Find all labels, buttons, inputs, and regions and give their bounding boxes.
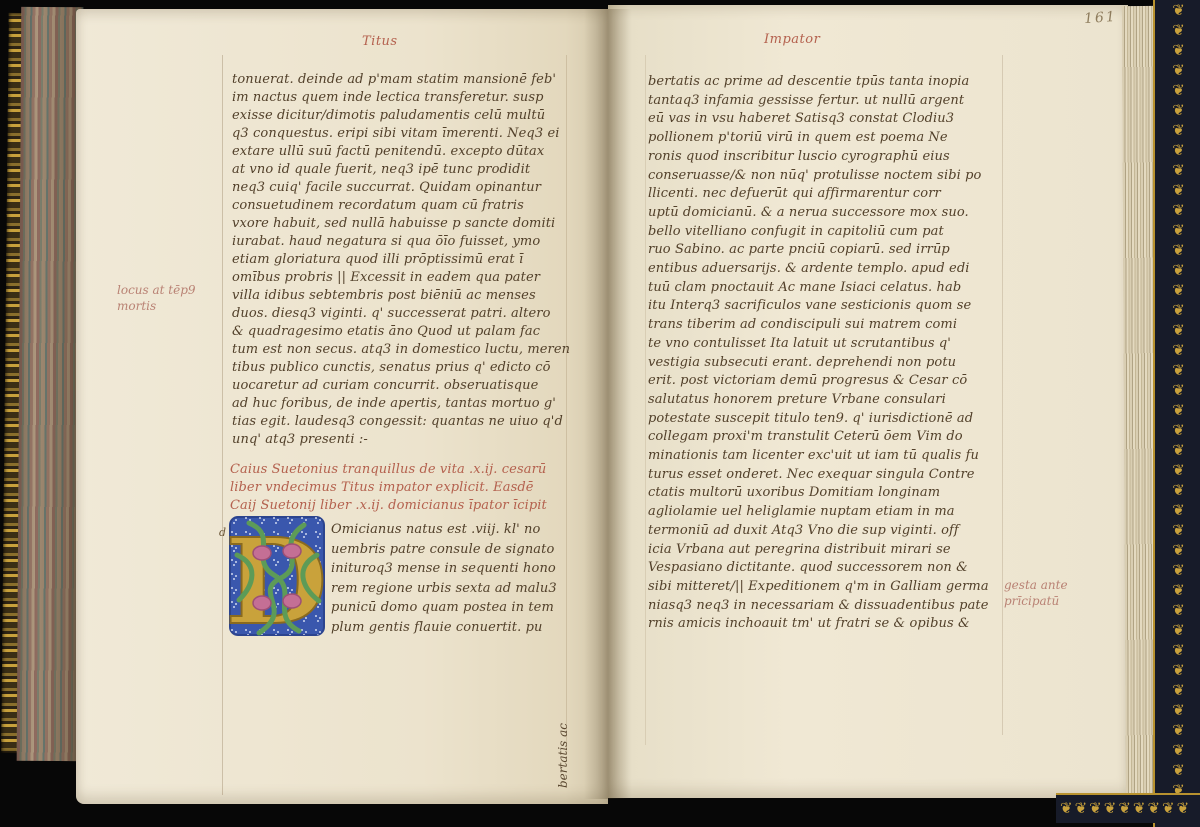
gilt-cover-border-bottom: ❦❦❦❦❦❦❦❦❦ (1056, 793, 1200, 823)
ornament-glyph: ❦ (1155, 160, 1200, 180)
right-main-text: bertatis ac prime ad descentie tpūs tant… (648, 73, 989, 634)
ornament-glyph: ❦ (1104, 799, 1119, 817)
text-line: mortis (117, 298, 196, 314)
text-line: Caij Suetonij liber .x.ij. domicianus īp… (230, 497, 547, 515)
ornament-glyph: ❦ (1155, 620, 1200, 640)
ruling-line (222, 55, 223, 795)
ornament-glyph: ❦ (1155, 360, 1200, 380)
running-header-right: Impator (764, 32, 820, 47)
ornament-glyph: ❦ (1155, 420, 1200, 440)
ruling-line (645, 55, 646, 745)
ornament-glyph: ❦ (1177, 799, 1192, 817)
text-line: neq3 cuiq' facile succurrat. Quidam opin… (232, 179, 570, 197)
text-line: icia Vrbana aut peregrina distribuit mir… (648, 541, 989, 560)
text-line: etiam gloriatura quod illi prōptissimū e… (232, 251, 570, 269)
ornament-glyph: ❦ (1155, 600, 1200, 620)
text-line: vxore habuit, sed nullā habuisse p sanct… (232, 215, 570, 233)
text-line: extare ullū suū factū penitendū. excepto… (232, 143, 570, 161)
text-line: llicenti. nec defuerūt qui affirmarentur… (648, 185, 989, 204)
ornament-glyph: ❦ (1155, 380, 1200, 400)
text-line: q3 conquestus. eripi sibi vitam īmerenti… (232, 125, 570, 143)
text-line: tibus publico cunctis, senatus prius q' … (232, 359, 570, 377)
ornament-glyph: ❦ (1155, 700, 1200, 720)
text-line: rem regione urbis sexta ad malu3 (331, 579, 557, 599)
text-line: gesta ante (1004, 577, 1068, 593)
ornament-glyph: ❦ (1155, 740, 1200, 760)
ornament-glyph: ❦ (1155, 0, 1200, 20)
text-line: duos. diesq3 viginti. q' successerat pat… (232, 305, 570, 323)
text-line: locus at tēp9 (117, 282, 196, 298)
ornament-glyph: ❦ (1155, 640, 1200, 660)
ornament-glyph: ❦ (1133, 799, 1148, 817)
text-line: vestigia subsecuti erant. deprehendi non… (648, 354, 989, 373)
left-main-text: tonuerat. deinde ad p'mam statim mansion… (232, 71, 570, 449)
text-line: tantaq3 infamia gessisse fertur. ut null… (648, 92, 989, 111)
ornament-glyph: ❦ (1155, 760, 1200, 780)
rubric-explicit-incipit: Caius Suetonius tranquillus de vita .x.i… (230, 461, 547, 515)
ornament-glyph: ❦ (1155, 100, 1200, 120)
ornament-glyph: ❦ (1060, 799, 1075, 817)
ornament-glyph: ❦ (1155, 680, 1200, 700)
text-line: plum gentis flauie conuertit. pu (331, 618, 557, 638)
text-line: bertatis ac prime ad descentie tpūs tant… (648, 73, 989, 92)
ornament-glyph: ❦ (1155, 400, 1200, 420)
gold-tooling-pattern: ❦❦❦❦❦❦❦❦❦ (1056, 795, 1200, 821)
text-line: conseruasse/& non nūq' protulisse noctem… (648, 167, 989, 186)
gilt-cover-border: ❦❦❦❦❦❦❦❦❦❦❦❦❦❦❦❦❦❦❦❦❦❦❦❦❦❦❦❦❦❦❦❦❦❦❦❦❦❦❦❦ (1153, 0, 1200, 827)
ornament-glyph: ❦ (1155, 140, 1200, 160)
text-line: tonuerat. deinde ad p'mam statim mansion… (232, 71, 570, 89)
text-line: unq' atq3 presenti :- (232, 431, 570, 449)
ornament-glyph: ❦ (1155, 180, 1200, 200)
photo-backdrop: { "book": { "folio_number": "161", "bord… (0, 0, 1200, 827)
text-line: inituroq3 mense in sequenti hono (331, 559, 557, 579)
text-line: uembris patre consule de signato (331, 540, 557, 560)
ornament-glyph: ❦ (1155, 520, 1200, 540)
ornament-glyph: ❦ (1155, 440, 1200, 460)
ornament-glyph: ❦ (1155, 500, 1200, 520)
ornament-glyph: ❦ (1155, 720, 1200, 740)
text-line: ctatis multorū uxoribus Domitiam longina… (648, 484, 989, 503)
text-line: agliolamie uel heliglamie nuptam etiam i… (648, 503, 989, 522)
text-line: termoniū ad duxit Atq3 Vno die sup vigin… (648, 522, 989, 541)
text-line: & quadragesimo etatis āno Quod ut palam … (232, 323, 570, 341)
text-line: at vno id quale fuerit, neq3 ipē tunc pr… (232, 161, 570, 179)
text-line: Omicianus natus est .viij. kl' no (331, 520, 557, 540)
text-line: minationis tam licenter exc'uit ut iam t… (648, 447, 989, 466)
text-line: sibi mitteret/|| Expeditionem q'm in Gal… (648, 578, 989, 597)
text-line: trans tiberim ad condiscipuli sui matrem… (648, 316, 989, 335)
text-line: tum est non secus. atq3 in domestico luc… (232, 341, 570, 359)
text-line: liber vndecimus Titus impator explicit. … (230, 479, 547, 497)
text-line: punicū domo quam postea in tem (331, 598, 557, 618)
ornament-glyph: ❦ (1155, 40, 1200, 60)
text-line: salutatus honorem preture Vrbane consula… (648, 391, 989, 410)
margin-note-left: locus at tēp9mortis (117, 282, 196, 314)
text-line: turus esset onderet. Nec exequar singula… (648, 466, 989, 485)
text-line: itu Interq3 sacrificulos vane sesticioni… (648, 297, 989, 316)
ornament-glyph: ❦ (1155, 260, 1200, 280)
gutter-shadow (584, 9, 632, 799)
text-line: iurabat. haud negatura si qua ōīo fuisse… (232, 233, 570, 251)
ornament-glyph: ❦ (1075, 799, 1090, 817)
ornament-glyph: ❦ (1155, 120, 1200, 140)
text-line: omībus probris || Excessit in eadem qua … (232, 269, 570, 287)
text-line: consuetudinem recordatum quam cū fratris (232, 197, 570, 215)
ornament-glyph: ❦ (1155, 20, 1200, 40)
initial-artwork: D (229, 515, 327, 639)
marbled-fore-edge (17, 7, 84, 761)
text-line: uptū domicianū. & a nerua successore mox… (648, 204, 989, 223)
ornament-glyph: ❦ (1155, 540, 1200, 560)
text-line: potestate suscepit titulo ten9. q' iuris… (648, 410, 989, 429)
ornament-glyph: ❦ (1155, 240, 1200, 260)
ornament-glyph: ❦ (1147, 799, 1162, 817)
ornament-glyph: ❦ (1118, 799, 1133, 817)
text-line: im nactus quem inde lectica transferetur… (232, 89, 570, 107)
ornament-glyph: ❦ (1155, 60, 1200, 80)
text-line: entibus aduersarijs. & ardente templo. a… (648, 260, 989, 279)
quire-siglum: d (219, 526, 226, 539)
left-initial-paragraph: Omicianus natus est .viij. kl' nouembris… (331, 520, 557, 637)
text-line: villa idibus sebtembris post biēniū ac m… (232, 287, 570, 305)
ornament-glyph: ❦ (1155, 280, 1200, 300)
ornament-glyph: ❦ (1155, 580, 1200, 600)
text-line: bello vitelliano confugit in capitoliū c… (648, 223, 989, 242)
ornament-glyph: ❦ (1155, 480, 1200, 500)
text-line: eū vas in vsu haberet Satisq3 constat Cl… (648, 110, 989, 129)
ruling-line (1002, 55, 1003, 735)
text-line: prīcipatū (1004, 593, 1068, 609)
text-line: rnis amicis inchoauit tm' ut fratri se &… (648, 615, 989, 634)
illuminated-initial-D: D (229, 515, 327, 639)
ornament-glyph: ❦ (1155, 660, 1200, 680)
ornament-glyph: ❦ (1089, 799, 1104, 817)
margin-note-right: gesta anteprīcipatū (1004, 577, 1068, 609)
text-line: collegam proxi'm transtulit Ceterū ōem V… (648, 428, 989, 447)
text-line: pollionem p'toriū virū in quem est poema… (648, 129, 989, 148)
text-line: ruo Sabino. ac parte pnciū copiarū. sed … (648, 241, 989, 260)
text-line: Caius Suetonius tranquillus de vita .x.i… (230, 461, 547, 479)
catchword: bertatis ac (556, 723, 570, 788)
ornament-glyph: ❦ (1155, 460, 1200, 480)
ornament-glyph: ❦ (1162, 799, 1177, 817)
text-line: ronis quod inscribitur luscio cyrographū… (648, 148, 989, 167)
ornament-glyph: ❦ (1155, 340, 1200, 360)
text-line: erit. post victoriam demū progresus & Ce… (648, 372, 989, 391)
text-line: niasq3 neq3 in necessariam & dissuadenti… (648, 597, 989, 616)
ornament-glyph: ❦ (1155, 220, 1200, 240)
ornament-glyph: ❦ (1155, 320, 1200, 340)
text-line: uocaretur ad curiam concurrit. obseruati… (232, 377, 570, 395)
ornament-glyph: ❦ (1155, 300, 1200, 320)
running-header-left: Titus (362, 34, 398, 49)
folio-number: 161 (1083, 9, 1117, 27)
gold-tooling-pattern: ❦❦❦❦❦❦❦❦❦❦❦❦❦❦❦❦❦❦❦❦❦❦❦❦❦❦❦❦❦❦❦❦❦❦❦❦❦❦❦❦ (1155, 0, 1200, 800)
ornament-glyph: ❦ (1155, 200, 1200, 220)
text-line: Vespasiano dictitante. quod successorem … (648, 559, 989, 578)
ornament-glyph: ❦ (1155, 560, 1200, 580)
text-line: tias egit. laudesq3 congessit: quantas n… (232, 413, 570, 431)
ornament-glyph: ❦ (1155, 80, 1200, 100)
text-line: ad huc foribus, de inde apertis, tantas … (232, 395, 570, 413)
text-line: exisse dicitur/dimotis paludamentis celū… (232, 107, 570, 125)
text-line: te vno contulisset Ita latuit ut scrutan… (648, 335, 989, 354)
text-line: tuū clam pnoctauit Ac mane Isiaci celatu… (648, 279, 989, 298)
